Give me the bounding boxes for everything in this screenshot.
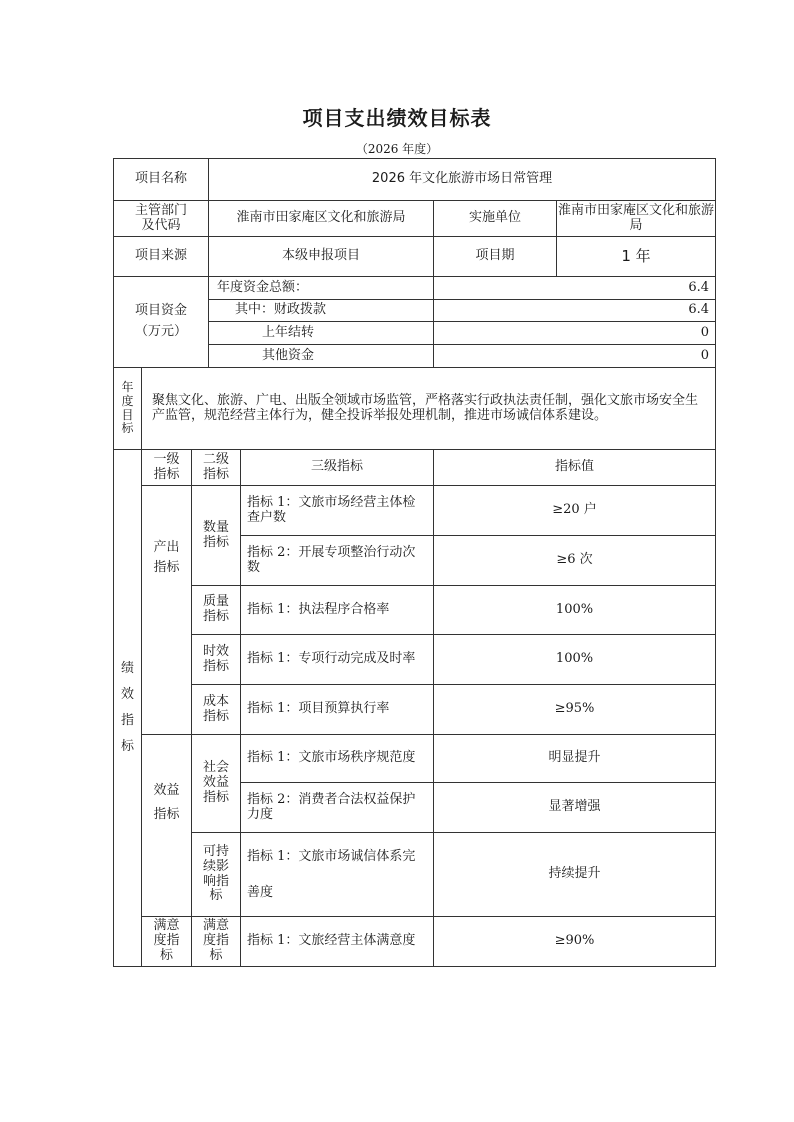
indicator-name: 指标 1：执法程序合格率 — [241, 586, 434, 635]
indicator-row: 可持 续影 响指 标 指标 1：文旅市场诚信体系完善度 持续提升 — [114, 833, 716, 917]
level2-text: 续影 — [192, 860, 240, 875]
level2-text: 指标 — [192, 791, 240, 806]
indicator-name: 指标 1：项目预算执行率 — [241, 685, 434, 735]
source-value: 本级申报项目 — [209, 237, 434, 277]
indicator-row: 效益 指标 社会 效益 指标 指标 1：文旅市场秩序规范度 明显提升 — [114, 735, 716, 783]
level1-benefit: 效益 指标 — [142, 735, 192, 917]
level2-text: 指标 — [192, 610, 240, 625]
header-level1: 一级 指标 — [142, 450, 192, 486]
level2-cost: 成本 指标 — [192, 685, 241, 735]
label-char: 年 — [114, 381, 141, 395]
level1-text: 指标 — [142, 803, 191, 828]
indicator-value: 显著增强 — [434, 783, 716, 833]
funds-row-value: 6.4 — [434, 277, 716, 300]
funds-row-label: 年度资金总额： — [209, 277, 434, 300]
period-label: 项目期 — [434, 237, 557, 277]
funds-label-line1: 项目资金 — [114, 304, 208, 319]
indicator-name: 指标 1：文旅市场经营主体检查户数 — [241, 486, 434, 536]
level2-text: 标 — [192, 889, 240, 904]
label-char: 指 — [114, 708, 141, 734]
level2-text: 效益 — [192, 776, 240, 791]
funds-row-value: 0 — [434, 345, 716, 368]
level2-satisfaction: 满意 度指 标 — [192, 917, 241, 967]
label-char: 标 — [114, 734, 141, 760]
level2-text: 度指 — [192, 934, 240, 949]
funds-row-label: 其中：财政拨款 — [209, 300, 434, 322]
funds-row-label: 上年结转 — [209, 322, 434, 345]
indicator-name: 指标 1：专项行动完成及时率 — [241, 635, 434, 685]
performance-table: 项目名称 2026 年文化旅游市场日常管理 主管部门 及代码 淮南市田家庵区文化… — [113, 158, 716, 967]
level2-text: 质量 — [192, 595, 240, 610]
row-funds-total: 项目资金 （万元） 年度资金总额： 6.4 — [114, 277, 716, 300]
indicator-name: 指标 1：文旅经营主体满意度 — [241, 917, 434, 967]
funds-row-value: 6.4 — [434, 300, 716, 322]
funds-label-line2: （万元） — [114, 325, 208, 340]
level2-quality: 质量 指标 — [192, 586, 241, 635]
indicator-name: 指标 1：文旅市场诚信体系完善度 — [241, 833, 434, 917]
level2-text: 可持 — [192, 845, 240, 860]
department-value: 淮南市田家庵区文化和旅游局 — [209, 201, 434, 237]
level1-text: 标 — [142, 949, 191, 964]
level2-quantity: 数量 指标 — [192, 486, 241, 586]
indicator-value: 明显提升 — [434, 735, 716, 783]
department-label: 主管部门 及代码 — [114, 201, 209, 237]
annual-goal-label: 年 度 目 标 — [114, 368, 142, 450]
funds-row-label: 其他资金 — [209, 345, 434, 368]
level2-text: 指标 — [192, 710, 240, 725]
impl-unit-value: 淮南市田家庵区文化和旅游局 — [557, 201, 716, 237]
level1-text: 满意 — [142, 919, 191, 934]
row-project-name: 项目名称 2026 年文化旅游市场日常管理 — [114, 159, 716, 201]
level2-text: 成本 — [192, 695, 240, 710]
level1-text: 效益 — [142, 779, 191, 804]
indicator-name: 指标 2：消费者合法权益保护力度 — [241, 783, 434, 833]
funds-row-value: 0 — [434, 322, 716, 345]
header-level2: 二级 指标 — [192, 450, 241, 486]
header-text: 指标 — [192, 468, 240, 483]
indicator-row: 成本 指标 指标 1：项目预算执行率 ≥95% — [114, 685, 716, 735]
level2-text: 时效 — [192, 645, 240, 660]
row-source: 项目来源 本级申报项目 项目期 1 年 — [114, 237, 716, 277]
department-label-line1: 主管部门 — [114, 204, 208, 219]
label-char: 度 — [114, 395, 141, 409]
indicator-row: 满意 度指 标 满意 度指 标 指标 1：文旅经营主体满意度 ≥90% — [114, 917, 716, 967]
indicator-value: 100% — [434, 635, 716, 685]
department-label-line2: 及代码 — [114, 219, 208, 234]
level2-social: 社会 效益 指标 — [192, 735, 241, 833]
indicator-row: 时效 指标 指标 1：专项行动完成及时率 100% — [114, 635, 716, 685]
page-title: 项目支出绩效目标表 — [0, 102, 794, 131]
label-char: 标 — [114, 422, 141, 436]
header-text: 一级 — [142, 453, 191, 468]
indicators-section-label: 绩 效 指 标 — [114, 450, 142, 967]
level1-output: 产出 指标 — [142, 486, 192, 735]
header-value: 指标值 — [434, 450, 716, 486]
header-text: 指标 — [142, 468, 191, 483]
indicator-value: ≥20 户 — [434, 486, 716, 536]
row-indicator-header: 绩 效 指 标 一级 指标 二级 指标 三级指标 指标值 — [114, 450, 716, 486]
source-label: 项目来源 — [114, 237, 209, 277]
level2-text: 满意 — [192, 919, 240, 934]
indicator-value: ≥90% — [434, 917, 716, 967]
page-subtitle: （2026 年度） — [0, 140, 794, 157]
label-char: 绩 — [114, 656, 141, 682]
period-value: 1 年 — [557, 237, 716, 277]
indicator-value: 持续提升 — [434, 833, 716, 917]
indicator-value: ≥6 次 — [434, 536, 716, 586]
header-text: 二级 — [192, 453, 240, 468]
level1-text: 产出 — [142, 538, 191, 558]
row-annual-goal: 年 度 目 标 聚焦文化、旅游、广电、出版全领域市场监管，严格落实行政执法责任制… — [114, 368, 716, 450]
indicator-name: 指标 2：开展专项整治行动次数 — [241, 536, 434, 586]
row-department: 主管部门 及代码 淮南市田家庵区文化和旅游局 实施单位 淮南市田家庵区文化和旅游… — [114, 201, 716, 237]
project-name-label: 项目名称 — [114, 159, 209, 201]
level2-text: 指标 — [192, 660, 240, 675]
funds-label: 项目资金 （万元） — [114, 277, 209, 368]
indicator-name: 指标 1：文旅市场秩序规范度 — [241, 735, 434, 783]
level2-sustainable: 可持 续影 响指 标 — [192, 833, 241, 917]
level2-text: 指标 — [192, 536, 240, 551]
level1-text: 度指 — [142, 934, 191, 949]
impl-unit-label: 实施单位 — [434, 201, 557, 237]
level1-satisfaction: 满意 度指 标 — [142, 917, 192, 967]
indicator-value: ≥95% — [434, 685, 716, 735]
project-name-value: 2026 年文化旅游市场日常管理 — [209, 159, 716, 201]
level1-text: 指标 — [142, 558, 191, 578]
level2-text: 社会 — [192, 761, 240, 776]
label-char: 效 — [114, 682, 141, 708]
level2-text: 数量 — [192, 521, 240, 536]
indicator-value: 100% — [434, 586, 716, 635]
annual-goal-text: 聚焦文化、旅游、广电、出版全领域市场监管，严格落实行政执法责任制，强化文旅市场安… — [142, 368, 716, 450]
indicator-row: 质量 指标 指标 1：执法程序合格率 100% — [114, 586, 716, 635]
indicator-row: 产出 指标 数量 指标 指标 1：文旅市场经营主体检查户数 ≥20 户 — [114, 486, 716, 536]
level2-timeliness: 时效 指标 — [192, 635, 241, 685]
level2-text: 标 — [192, 949, 240, 964]
header-level3: 三级指标 — [241, 450, 434, 486]
